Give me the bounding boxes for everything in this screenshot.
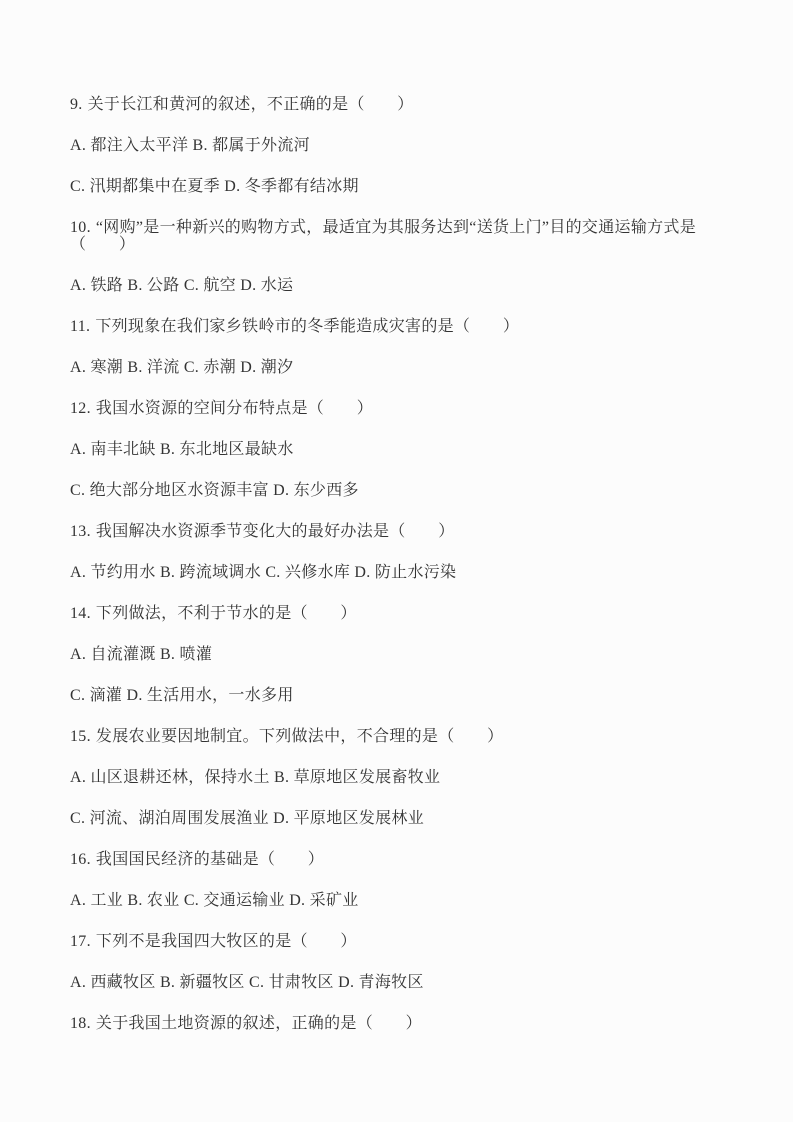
question-stem: 13.我国解决水资源季节变化大的最好办法是（ ） xyxy=(70,523,723,540)
question-text: “网购”是一种新兴的购物方式，最适宜为其服务达到“送货上门”目的交通运输方式是（… xyxy=(70,219,696,253)
question-number: 11. xyxy=(70,318,90,335)
option-line: A. 都注入太平洋 B. 都属于外流河 xyxy=(70,137,723,154)
question-10: 10.“网购”是一种新兴的购物方式，最适宜为其服务达到“送货上门”目的交通运输方… xyxy=(70,219,723,294)
question-text: 关于长江和黄河的叙述，不正确的是（ ） xyxy=(88,96,414,113)
question-number: 9. xyxy=(70,96,83,113)
question-number: 13. xyxy=(70,523,91,540)
question-stem: 18.关于我国土地资源的叙述，正确的是（ ） xyxy=(70,1015,723,1032)
option-line: A. 寒潮 B. 洋流 C. 赤潮 D. 潮汐 xyxy=(70,359,723,376)
question-stem: 10.“网购”是一种新兴的购物方式，最适宜为其服务达到“送货上门”目的交通运输方… xyxy=(70,219,723,253)
question-number: 10. xyxy=(70,219,91,236)
question-text: 我国解决水资源季节变化大的最好办法是（ ） xyxy=(96,523,455,540)
question-text: 关于我国土地资源的叙述，正确的是（ ） xyxy=(96,1015,422,1032)
question-stem: 11.下列现象在我们家乡铁岭市的冬季能造成灾害的是（ ） xyxy=(70,318,723,335)
question-12: 12.我国水资源的空间分布特点是（ ） A. 南丰北缺 B. 东北地区最缺水 C… xyxy=(70,400,723,499)
question-stem: 15.发展农业要因地制宜。下列做法中，不合理的是（ ） xyxy=(70,728,723,745)
question-number: 14. xyxy=(70,605,91,622)
option-line: A. 南丰北缺 B. 东北地区最缺水 xyxy=(70,441,723,458)
option-line: A. 山区退耕还林，保持水土 B. 草原地区发展畜牧业 xyxy=(70,769,723,786)
option-line: A. 工业 B. 农业 C. 交通运输业 D. 采矿业 xyxy=(70,892,723,909)
question-text: 发展农业要因地制宜。下列做法中，不合理的是（ ） xyxy=(96,728,504,745)
option-line: A. 西藏牧区 B. 新疆牧区 C. 甘肃牧区 D. 青海牧区 xyxy=(70,974,723,991)
question-number: 17. xyxy=(70,933,91,950)
question-stem: 9.关于长江和黄河的叙述，不正确的是（ ） xyxy=(70,96,723,113)
question-number: 15. xyxy=(70,728,91,745)
question-18: 18.关于我国土地资源的叙述，正确的是（ ） xyxy=(70,1015,723,1032)
question-16: 16.我国国民经济的基础是（ ） A. 工业 B. 农业 C. 交通运输业 D.… xyxy=(70,851,723,909)
question-17: 17.下列不是我国四大牧区的是（ ） A. 西藏牧区 B. 新疆牧区 C. 甘肃… xyxy=(70,933,723,991)
question-number: 12. xyxy=(70,400,91,417)
question-text: 我国水资源的空间分布特点是（ ） xyxy=(96,400,373,417)
question-stem: 12.我国水资源的空间分布特点是（ ） xyxy=(70,400,723,417)
question-text: 我国国民经济的基础是（ ） xyxy=(96,851,324,868)
question-15: 15.发展农业要因地制宜。下列做法中，不合理的是（ ） A. 山区退耕还林，保持… xyxy=(70,728,723,827)
question-stem: 16.我国国民经济的基础是（ ） xyxy=(70,851,723,868)
option-line: A. 节约用水 B. 跨流域调水 C. 兴修水库 D. 防止水污染 xyxy=(70,564,723,581)
option-line: C. 绝大部分地区水资源丰富 D. 东少西多 xyxy=(70,482,723,499)
option-line: A. 自流灌溉 B. 喷灌 xyxy=(70,646,723,663)
question-stem: 14.下列做法，不利于节水的是（ ） xyxy=(70,605,723,622)
question-14: 14.下列做法，不利于节水的是（ ） A. 自流灌溉 B. 喷灌 C. 滴灌 D… xyxy=(70,605,723,704)
question-number: 18. xyxy=(70,1015,91,1032)
question-text: 下列不是我国四大牧区的是（ ） xyxy=(96,933,357,950)
option-line: A. 铁路 B. 公路 C. 航空 D. 水运 xyxy=(70,277,723,294)
exam-page: 9.关于长江和黄河的叙述，不正确的是（ ） A. 都注入太平洋 B. 都属于外流… xyxy=(0,0,793,1122)
question-11: 11.下列现象在我们家乡铁岭市的冬季能造成灾害的是（ ） A. 寒潮 B. 洋流… xyxy=(70,318,723,376)
option-line: C. 河流、湖泊周围发展渔业 D. 平原地区发展林业 xyxy=(70,810,723,827)
question-stem: 17.下列不是我国四大牧区的是（ ） xyxy=(70,933,723,950)
option-line: C. 汛期都集中在夏季 D. 冬季都有结冰期 xyxy=(70,178,723,195)
question-text: 下列做法，不利于节水的是（ ） xyxy=(96,605,357,622)
question-text: 下列现象在我们家乡铁岭市的冬季能造成灾害的是（ ） xyxy=(95,318,519,335)
question-13: 13.我国解决水资源季节变化大的最好办法是（ ） A. 节约用水 B. 跨流域调… xyxy=(70,523,723,581)
question-number: 16. xyxy=(70,851,91,868)
option-line: C. 滴灌 D. 生活用水，一水多用 xyxy=(70,687,723,704)
question-9: 9.关于长江和黄河的叙述，不正确的是（ ） A. 都注入太平洋 B. 都属于外流… xyxy=(70,96,723,195)
